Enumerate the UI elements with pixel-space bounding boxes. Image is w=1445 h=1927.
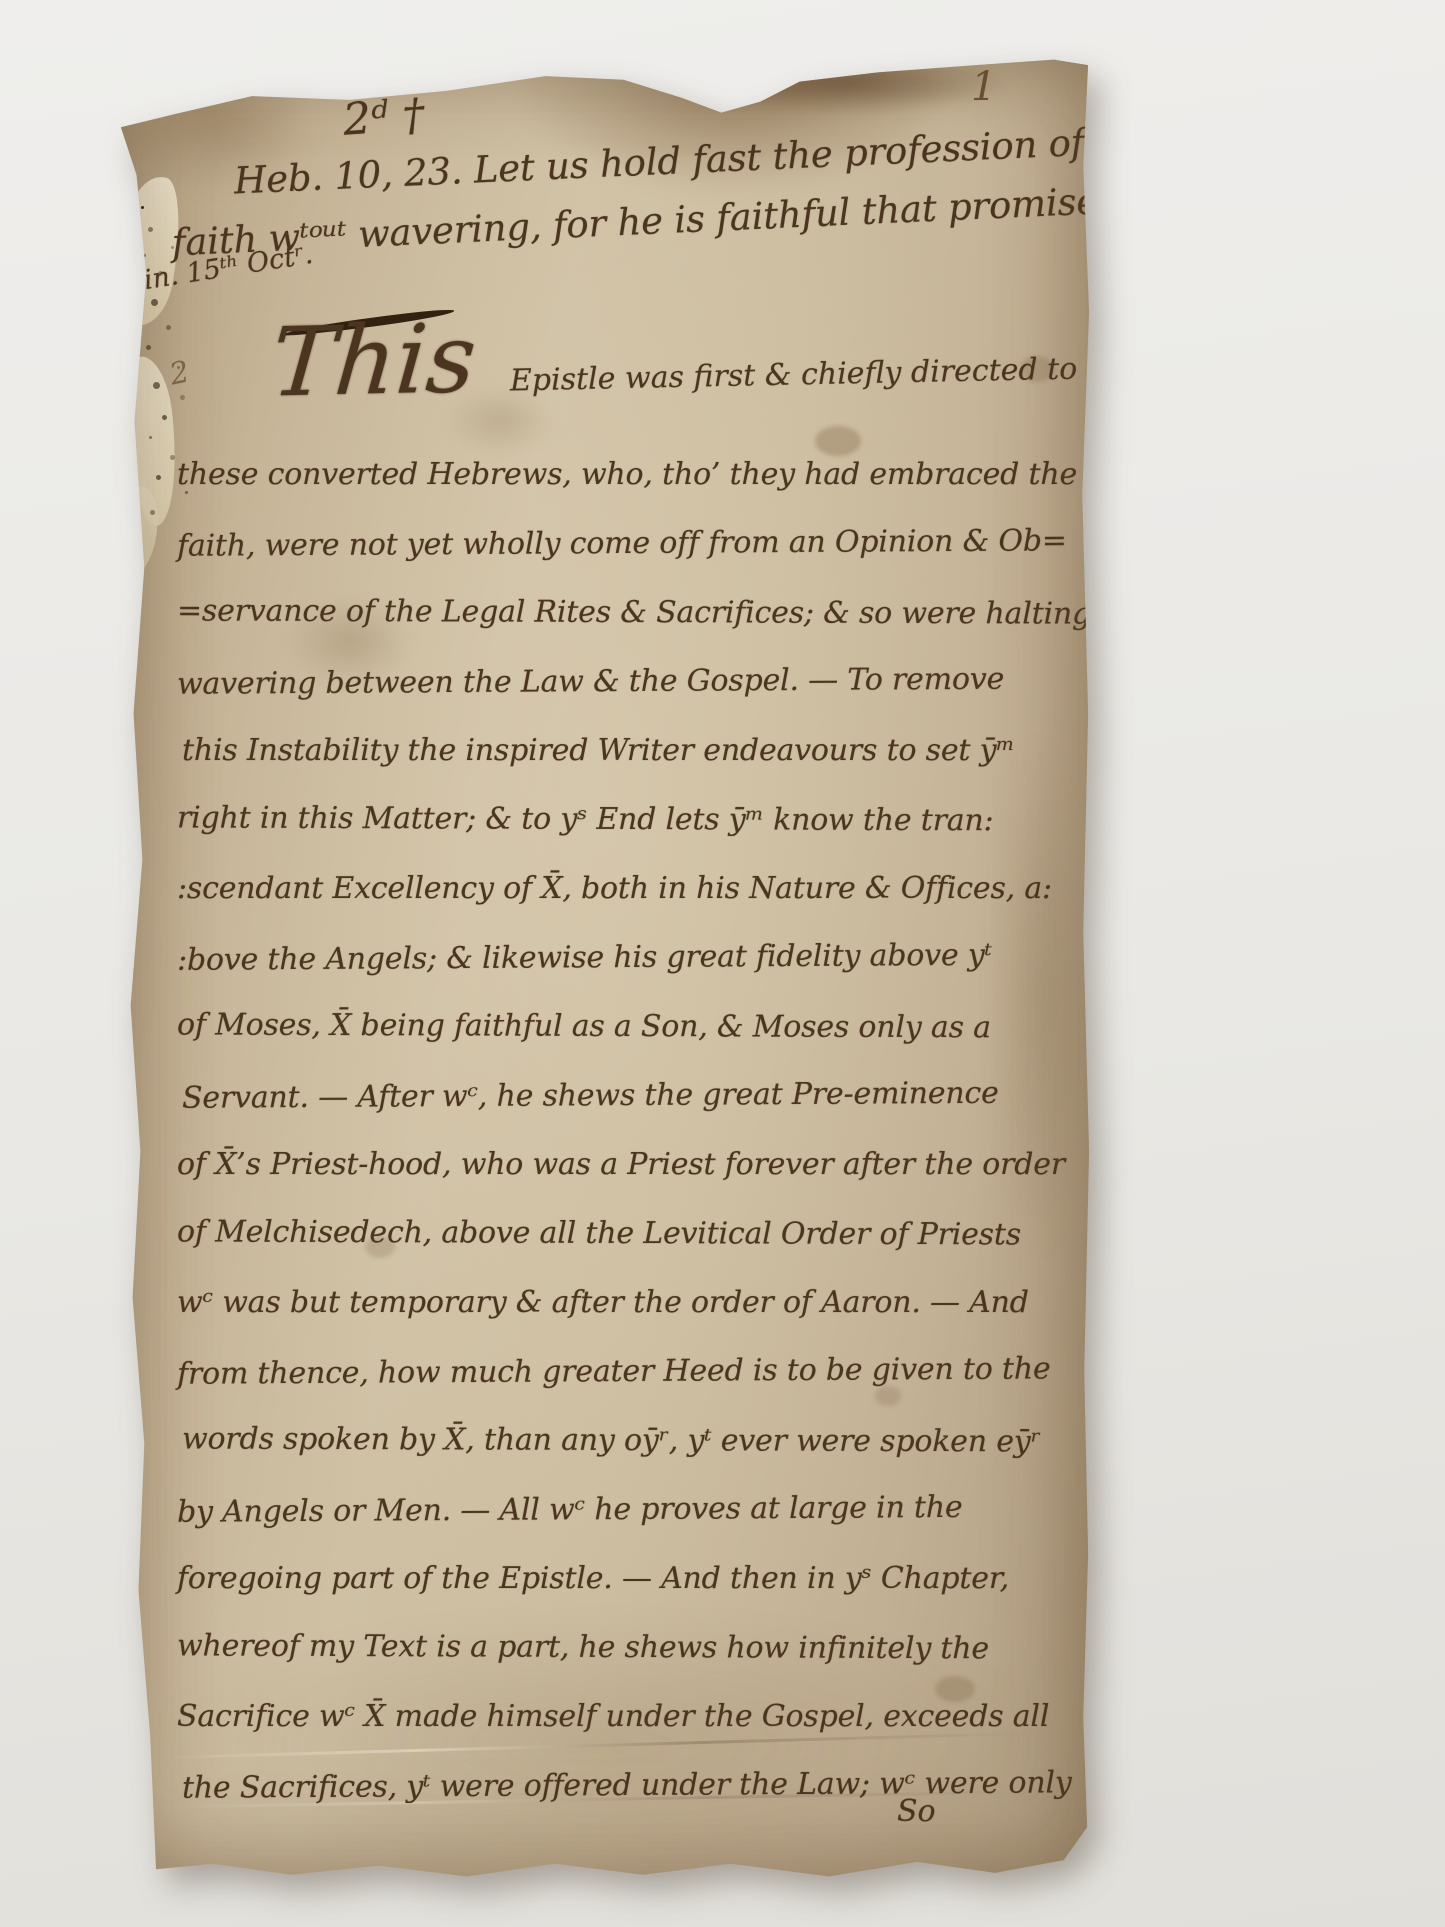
- manuscript-page: 1 2ᵈ † Heb. 10, 23. Let us hold fast the…: [115, 56, 1093, 1882]
- opening-word: This: [267, 300, 481, 422]
- manuscript-line: words spoken by X̄, than any oȳʳ, yᵗ eve…: [182, 1404, 1077, 1476]
- manuscript-line: by Angels or Men. — All wᶜ he proves at …: [177, 1472, 1077, 1546]
- manuscript-line: the Sacrifices, yᵗ were offered under th…: [182, 1748, 1077, 1822]
- manuscript-line: these converted Hebrews, who, tho’ they …: [177, 440, 1077, 509]
- photograph-background: 1 2ᵈ † Heb. 10, 23. Let us hold fast the…: [0, 0, 1445, 1927]
- opening-rest: Epistle was first & chiefly directed to: [510, 352, 1078, 399]
- edge-damage-chip: [114, 485, 160, 578]
- manuscript-line: :bove the Angels; & likewise his great f…: [177, 920, 1077, 994]
- manuscript-line: whereof my Text is a part, he shews how …: [177, 1611, 1077, 1683]
- manuscript-line: from thence, how much greater Heed is to…: [177, 1334, 1077, 1408]
- stain-top-dark: [675, 50, 1015, 114]
- manuscript-line: foregoing part of the Epistle. — And the…: [177, 1544, 1077, 1613]
- manuscript-line: =servance of the Legal Rites & Sacrifice…: [177, 576, 1077, 648]
- paper-shadow-wrap: 1 2ᵈ † Heb. 10, 23. Let us hold fast the…: [0, 0, 1445, 1927]
- delivery-mark: 2ᵈ †: [341, 89, 426, 146]
- manuscript-line: Sacrifice wᶜ X̄ made himself under the G…: [177, 1682, 1077, 1751]
- manuscript-line: wᶜ was but temporary & after the order o…: [177, 1268, 1077, 1337]
- catchword: So: [897, 1794, 936, 1829]
- manuscript-line: wavering between the Law & the Gospel. —…: [177, 644, 1077, 718]
- opening-line: This Epistle was first & chiefly directe…: [271, 288, 1079, 445]
- manuscript-line: this Instability the inspired Writer end…: [182, 716, 1077, 785]
- manuscript-lines: these converted Hebrews, who, tho’ they …: [177, 440, 1077, 1820]
- sermon-body: This Epistle was first & chiefly directe…: [177, 296, 1077, 1820]
- manuscript-line: :scendant Excellency of X̄, both in his …: [177, 854, 1077, 923]
- manuscript-line: faith, were not yet wholly come off from…: [177, 506, 1077, 580]
- ink-speckles: [141, 206, 144, 209]
- manuscript-line: of Moses, X̄ being faithful as a Son, & …: [177, 990, 1077, 1062]
- manuscript-line: Servant. — After wᶜ, he shews the great …: [182, 1058, 1077, 1132]
- scripture-heading: Heb. 10, 23. Let us hold fast the profes…: [168, 118, 1162, 265]
- manuscript-line: right in this Matter; & to yˢ End lets ȳ…: [177, 783, 1077, 855]
- manuscript-line: of Melchisedech, above all the Levitical…: [177, 1197, 1077, 1269]
- manuscript-line: of X̄’s Priest-hood, who was a Priest fo…: [177, 1130, 1077, 1199]
- page-number: 1: [971, 64, 996, 110]
